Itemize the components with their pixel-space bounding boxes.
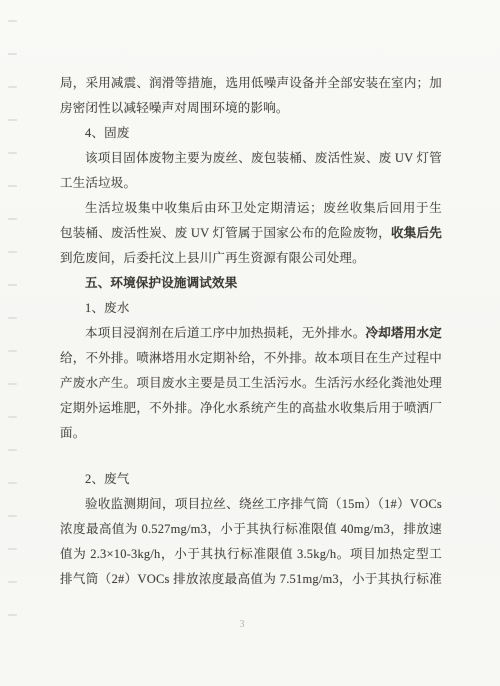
body-text-line: 工生活垃圾。	[60, 171, 442, 196]
scan-edge-tick	[8, 548, 17, 550]
body-text-line: 房密闭性以减轻噪声对周围环境的影响。	[60, 96, 442, 121]
body-text-line: 值为 2.3×10-3kg/h，小于其执行标准限值 3.5kg/h。项目加热定型…	[60, 542, 442, 567]
text-run: 浓度最高值为 0.527mg/m3，小于其执行标准限值 40mg/m3，排放速率…	[60, 522, 442, 542]
text-run: 包装桶、废活性炭、废 UV 灯管属于国家公布的危险废物，	[60, 226, 391, 240]
text-block: 局，采用减震、润滑等措施，选用低噪声设备并全部安装在室内；加强厂房密闭性以减轻噪…	[60, 71, 442, 592]
text-run: 本项目浸润剂在后道工序中加热损耗，无外排水。	[85, 326, 366, 340]
scanned-document-page: 局，采用减震、润滑等措施，选用低噪声设备并全部安装在室内；加强厂房密闭性以减轻噪…	[0, 0, 500, 686]
scan-edge-tick	[8, 449, 17, 451]
body-text-line: 面。	[60, 421, 442, 446]
body-text-line: ，本项目浸润剂在后道工序中加热损耗，无外排水。冷却塔用水定期补	[60, 321, 442, 346]
text-run: 到危废间，后委托汶上县川广再生资源有限公司处理。	[60, 251, 365, 265]
scan-edge-tick	[8, 53, 17, 55]
body-text-line: 局，采用减震、润滑等措施，选用低噪声设备并全部安装在室内；加强厂	[60, 71, 442, 96]
section-heading: 2、废气	[60, 467, 442, 492]
body-text-line: 验收监测期间，项目拉丝、绕丝工序排气筒（15m）（1#）VOCs 排放	[60, 492, 442, 517]
text-run: 定期外运堆肥，不外排。净化水系统产生的高盐水收集后用于喷洒厂区路	[60, 401, 442, 421]
text-run: 验收监测期间，项目拉丝、绕丝工序排气筒（15m）（1#）VOCs 排放	[85, 497, 442, 517]
body-text-line: 浓度最高值为 0.527mg/m3，小于其执行标准限值 40mg/m3，排放速率…	[60, 517, 442, 542]
scan-edge-tick	[8, 317, 17, 319]
scan-edge-tick	[8, 350, 17, 352]
text-run: 2、废气	[85, 472, 130, 486]
scan-edge-tick	[8, 119, 17, 121]
text-run: 生活垃圾集中收集后由环卫处定期清运；废丝收集后回用于生产；废	[85, 201, 442, 221]
section-heading: 1、废水	[60, 296, 442, 321]
text-run: 排气筒（2#）VOCs 排放浓度最高值为 7.51mg/m3，小于其执行标准限值	[60, 572, 442, 592]
body-text-line: 到危废间，后委托汶上县川广再生资源有限公司处理。	[60, 246, 442, 271]
scan-edge-tick	[8, 86, 17, 88]
text-run: 面。	[60, 426, 85, 440]
text-run: 1、废水	[85, 301, 130, 315]
body-text-line: 排气筒（2#）VOCs 排放浓度最高值为 7.51mg/m3，小于其执行标准限值	[60, 567, 442, 592]
page-number: 3	[0, 619, 484, 630]
text-run: 值为 2.3×10-3kg/h，小于其执行标准限值 3.5kg/h。项目加热定型…	[60, 547, 442, 567]
text-run: 4、固废	[85, 126, 130, 140]
text-run: 五、环境保护设施调试效果	[85, 276, 237, 290]
scan-edge-tick	[8, 416, 17, 418]
scan-edge-tick	[8, 383, 17, 385]
body-text-line: 定期外运堆肥，不外排。净化水系统产生的高盐水收集后用于喷洒厂区路	[60, 396, 442, 421]
scan-edge-tick	[8, 218, 17, 220]
scan-edge-tick	[8, 251, 17, 253]
body-text-line: 给，不外排。喷淋塔用水定期补给，不外排。故本项目在生产过程中无生	[60, 346, 442, 371]
scan-edge-tick	[8, 185, 17, 187]
text-run: 产废水产生。项目废水主要是员工生活污水。生活污水经化粪池处理后，	[60, 376, 442, 396]
scan-edge-tick	[8, 515, 17, 517]
text-run: 工生活垃圾。	[60, 176, 136, 190]
scan-edge-tick	[8, 581, 17, 583]
section-heading: 五、环境保护设施调试效果	[60, 271, 442, 296]
text-run: 给，不外排。喷淋塔用水定期补给，不外排。故本项目在生产过程中无生	[60, 351, 442, 371]
body-text-line: 生活垃圾集中收集后由环卫处定期清运；废丝收集后回用于生产；废	[60, 196, 442, 221]
section-heading: 4、固废	[60, 121, 442, 146]
scan-edge-tick	[8, 482, 17, 484]
text-run: 局，采用减震、润滑等措施，选用低噪声设备并全部安装在室内；加强厂	[60, 76, 442, 96]
stray-ink-mark: ，	[60, 322, 68, 346]
scan-edge-tick	[8, 152, 17, 154]
text-run: 该项目固体废物主要为废丝、废包装桶、废活性炭、废 UV 灯管和职	[85, 151, 442, 171]
body-text-line: 该项目固体废物主要为废丝、废包装桶、废活性炭、废 UV 灯管和职	[60, 146, 442, 171]
scan-edge-tick	[8, 614, 17, 616]
scan-edge-tick	[8, 284, 17, 286]
body-text-line: 包装桶、废活性炭、废 UV 灯管属于国家公布的危险废物，收集后先暂存	[60, 221, 442, 246]
scan-edge-tick	[8, 20, 17, 22]
body-text-line: 产废水产生。项目废水主要是员工生活污水。生活污水经化粪池处理后，	[60, 371, 442, 396]
text-run: 房密闭性以减轻噪声对周围环境的影响。	[60, 101, 289, 115]
